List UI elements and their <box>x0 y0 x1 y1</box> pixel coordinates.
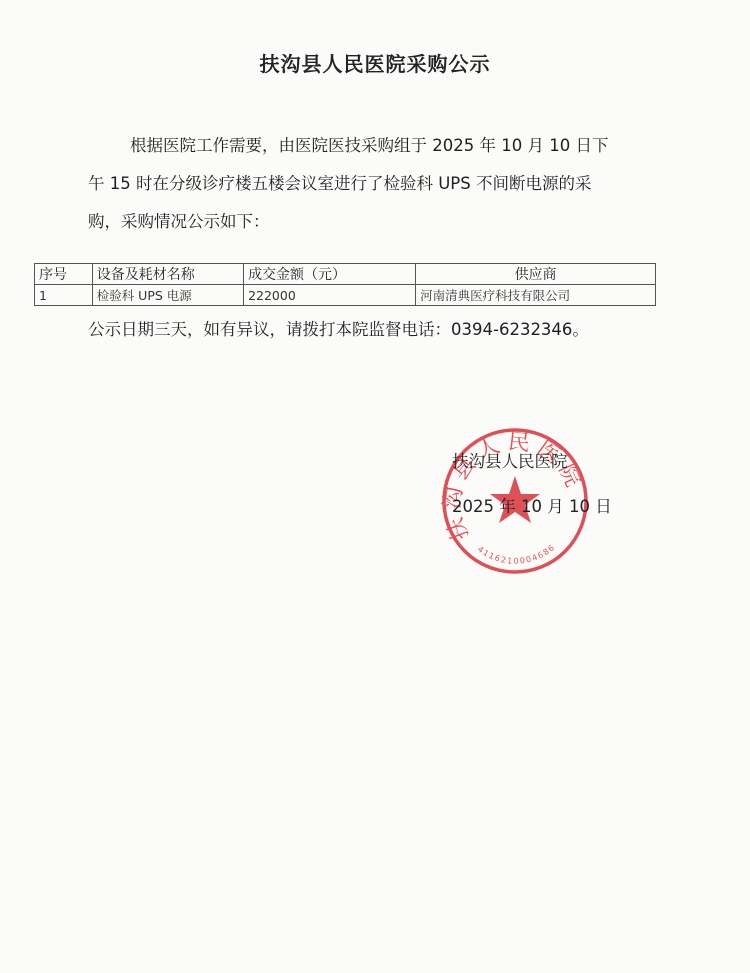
signature-organization: 扶沟县人民医院 <box>452 452 568 471</box>
paragraph-line: 购，采购情况公示如下： <box>88 203 688 241</box>
paragraph-line: 午 15 时在分级诊疗楼五楼会议室进行了检验科 UPS 不间断电源的采 <box>88 165 688 203</box>
notice-text: 公示日期三天，如有异议，请拨打本院监督电话：0394-6232346。 <box>88 316 589 340</box>
signature-date: 2025 年 10 月 10 日 <box>452 493 612 517</box>
page-title: 扶沟县人民医院采购公示 <box>0 48 750 77</box>
stamp-code: 4116210004686 <box>476 542 557 565</box>
header-item-name: 设备及耗材名称 <box>92 264 243 285</box>
header-index: 序号 <box>35 264 93 285</box>
cell-item-name: 检验科 UPS 电源 <box>92 285 243 306</box>
svg-text:4116210004686: 4116210004686 <box>476 542 557 565</box>
signature-block: 扶沟县人民医院 2025 年 10 月 10 日 <box>452 448 612 517</box>
cell-amount: 222000 <box>244 285 416 306</box>
table-header-row: 序号 设备及耗材名称 成交金额（元） 供应商 <box>35 264 656 285</box>
header-supplier: 供应商 <box>416 264 656 285</box>
procurement-table: 序号 设备及耗材名称 成交金额（元） 供应商 1 检验科 UPS 电源 2220… <box>34 263 656 306</box>
cell-supplier: 河南清典医疗科技有限公司 <box>416 285 656 306</box>
paragraph-line: 根据医院工作需要，由医院医技采购组于 2025 年 10 月 10 日下 <box>88 127 688 165</box>
table-row: 1 检验科 UPS 电源 222000 河南清典医疗科技有限公司 <box>35 285 656 306</box>
body-paragraph: 根据医院工作需要，由医院医技采购组于 2025 年 10 月 10 日下 午 1… <box>88 127 688 241</box>
cell-index: 1 <box>35 285 93 306</box>
header-amount: 成交金额（元） <box>244 264 416 285</box>
